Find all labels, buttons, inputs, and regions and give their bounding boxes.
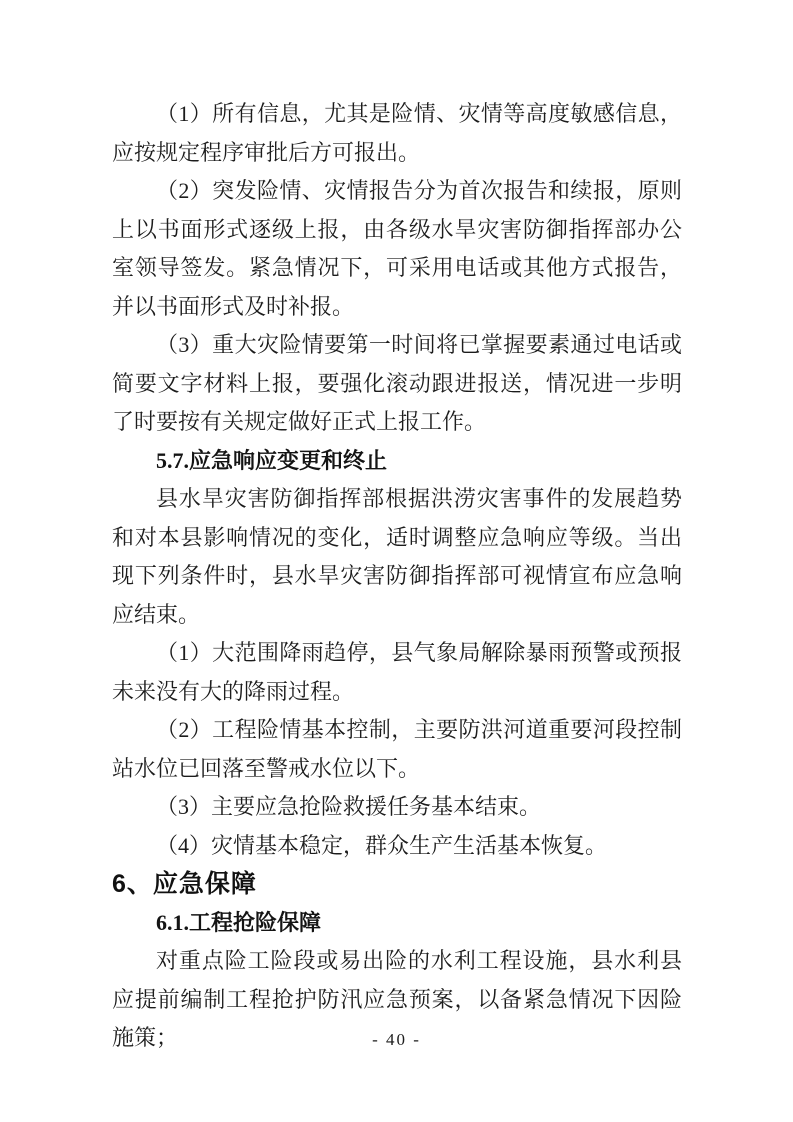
heading-6-emergency-support: 6、应急保障 [112, 865, 682, 904]
paragraph-condition-4-recovery: （4）灾情基本稳定，群众生产生活基本恢复。 [112, 827, 682, 866]
paragraph-report-procedure: （2）突发险情、灾情报告分为首次报告和续报，原则上以书面形式逐级上报，由各级水旱… [112, 172, 682, 326]
document-body: （1）所有信息，尤其是险情、灾情等高度敏感信息，应按规定程序审批后方可报出。 （… [112, 95, 682, 1058]
document-page: （1）所有信息，尤其是险情、灾情等高度敏感信息，应按规定程序审批后方可报出。 （… [0, 0, 793, 1122]
heading-6-1-engineering-rescue: 6.1.工程抢险保障 [112, 904, 682, 943]
paragraph-condition-2-water-level: （2）工程险情基本控制，主要防洪河道重要河段控制站水位已回落至警戒水位以下。 [112, 711, 682, 788]
page-number: - 40 - [0, 1030, 793, 1050]
paragraph-condition-1-rain: （1）大范围降雨趋停，县气象局解除暴雨预警或预报未来没有大的降雨过程。 [112, 634, 682, 711]
paragraph-condition-3-rescue: （3）主要应急抢险救援任务基本结束。 [112, 788, 682, 827]
heading-5-7-response-change: 5.7.应急响应变更和终止 [112, 442, 682, 481]
paragraph-info-approval: （1）所有信息，尤其是险情、灾情等高度敏感信息，应按规定程序审批后方可报出。 [112, 95, 682, 172]
paragraph-major-disaster-report: （3）重大灾险情要第一时间将已掌握要素通过电话或简要文字材料上报，要强化滚动跟进… [112, 326, 682, 442]
paragraph-response-adjustment: 县水旱灾害防御指挥部根据洪涝灾害事件的发展趋势和对本县影响情况的变化，适时调整应… [112, 480, 682, 634]
